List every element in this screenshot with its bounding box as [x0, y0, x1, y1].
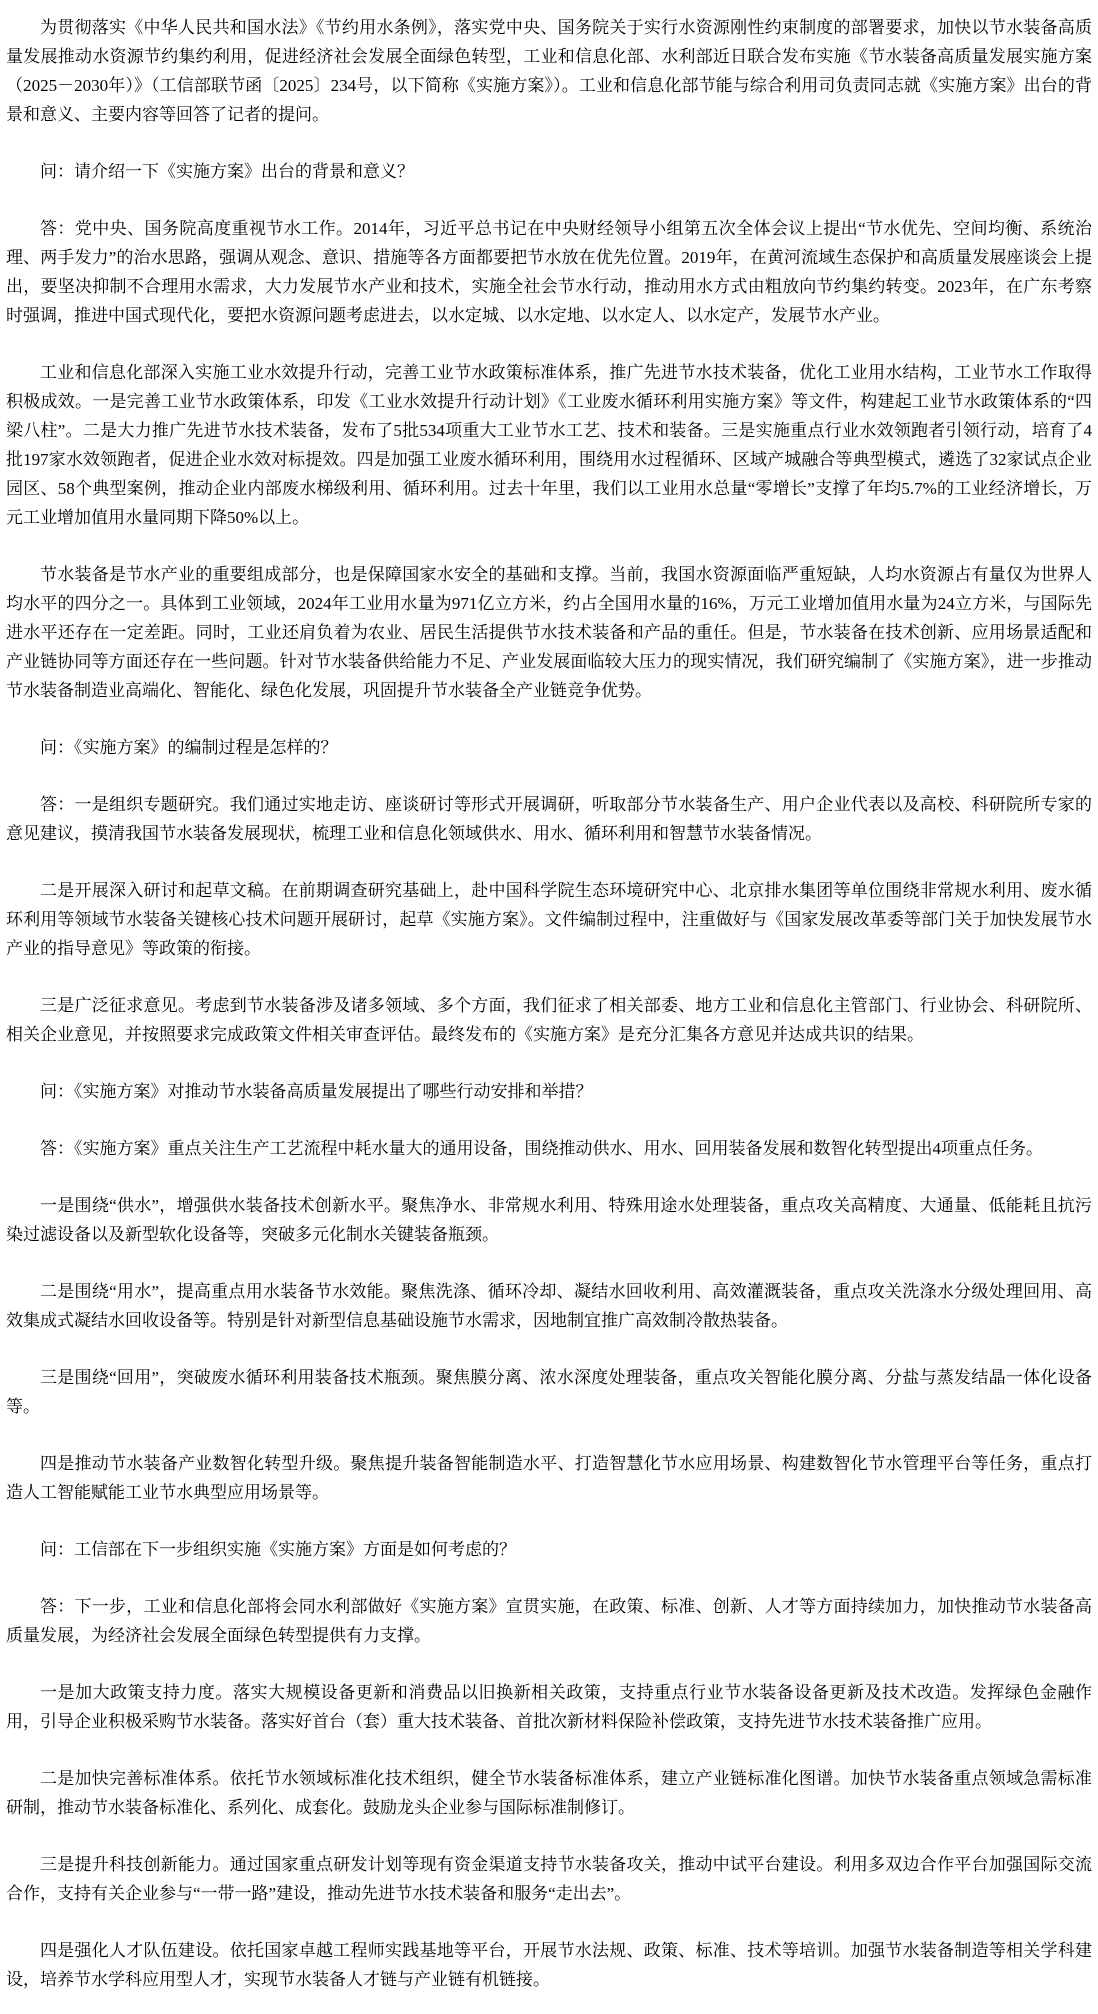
answer-paragraph: 三是围绕“回用”，突破废水循环利用装备技术瓶颈。聚焦膜分离、浓水深度处理装备，重…: [6, 1363, 1092, 1421]
question-paragraph: 问：请介绍一下《实施方案》出台的背景和意义？: [6, 157, 1092, 186]
question-paragraph: 问：工信部在下一步组织实施《实施方案》方面是如何考虑的？: [6, 1535, 1092, 1564]
intro-paragraph: 为贯彻落实《中华人民共和国水法》《节约用水条例》，落实党中央、国务院关于实行水资…: [6, 13, 1092, 129]
answer-paragraph: 一是加大政策支持力度。落实大规模设备更新和消费品以旧换新相关政策，支持重点行业节…: [6, 1678, 1092, 1736]
answer-paragraph: 四是推动节水装备产业数智化转型升级。聚焦提升装备智能制造水平、打造智慧化节水应用…: [6, 1449, 1092, 1507]
answer-paragraph: 答：党中央、国务院高度重视节水工作。2014年，习近平总书记在中央财经领导小组第…: [6, 214, 1092, 330]
document-page: 为贯彻落实《中华人民共和国水法》《节约用水条例》，落实党中央、国务院关于实行水资…: [0, 0, 1098, 2014]
article-body: 为贯彻落实《中华人民共和国水法》《节约用水条例》，落实党中央、国务院关于实行水资…: [6, 13, 1092, 1994]
answer-paragraph: 节水装备是节水产业的重要组成部分，也是保障国家水安全的基础和支撑。当前，我国水资…: [6, 560, 1092, 705]
answer-paragraph: 二是围绕“用水”，提高重点用水装备节水效能。聚焦洗涤、循环冷却、凝结水回收利用、…: [6, 1277, 1092, 1335]
answer-paragraph: 二是开展深入研讨和起草文稿。在前期调查研究基础上，赴中国科学院生态环境研究中心、…: [6, 876, 1092, 963]
answer-paragraph: 一是围绕“供水”，增强供水装备技术创新水平。聚焦净水、非常规水利用、特殊用途水处…: [6, 1191, 1092, 1249]
answer-paragraph: 答：一是组织专题研究。我们通过实地走访、座谈研讨等形式开展调研，听取部分节水装备…: [6, 790, 1092, 848]
answer-paragraph: 三是提升科技创新能力。通过国家重点研发计划等现有资金渠道支持节水装备攻关，推动中…: [6, 1850, 1092, 1908]
answer-paragraph: 工业和信息化部深入实施工业水效提升行动，完善工业节水政策标准体系，推广先进节水技…: [6, 358, 1092, 532]
question-paragraph: 问：《实施方案》对推动节水装备高质量发展提出了哪些行动安排和举措？: [6, 1077, 1092, 1106]
answer-paragraph: 四是强化人才队伍建设。依托国家卓越工程师实践基地等平台，开展节水法规、政策、标准…: [6, 1936, 1092, 1994]
answer-paragraph: 三是广泛征求意见。考虑到节水装备涉及诸多领域、多个方面，我们征求了相关部委、地方…: [6, 991, 1092, 1049]
answer-paragraph: 答：《实施方案》重点关注生产工艺流程中耗水量大的通用设备，围绕推动供水、用水、回…: [6, 1134, 1092, 1163]
answer-paragraph: 答：下一步，工业和信息化部将会同水利部做好《实施方案》宣贯实施，在政策、标准、创…: [6, 1592, 1092, 1650]
question-paragraph: 问：《实施方案》的编制过程是怎样的？: [6, 733, 1092, 762]
answer-paragraph: 二是加快完善标准体系。依托节水领域标准化技术组织，健全节水装备标准体系，建立产业…: [6, 1764, 1092, 1822]
